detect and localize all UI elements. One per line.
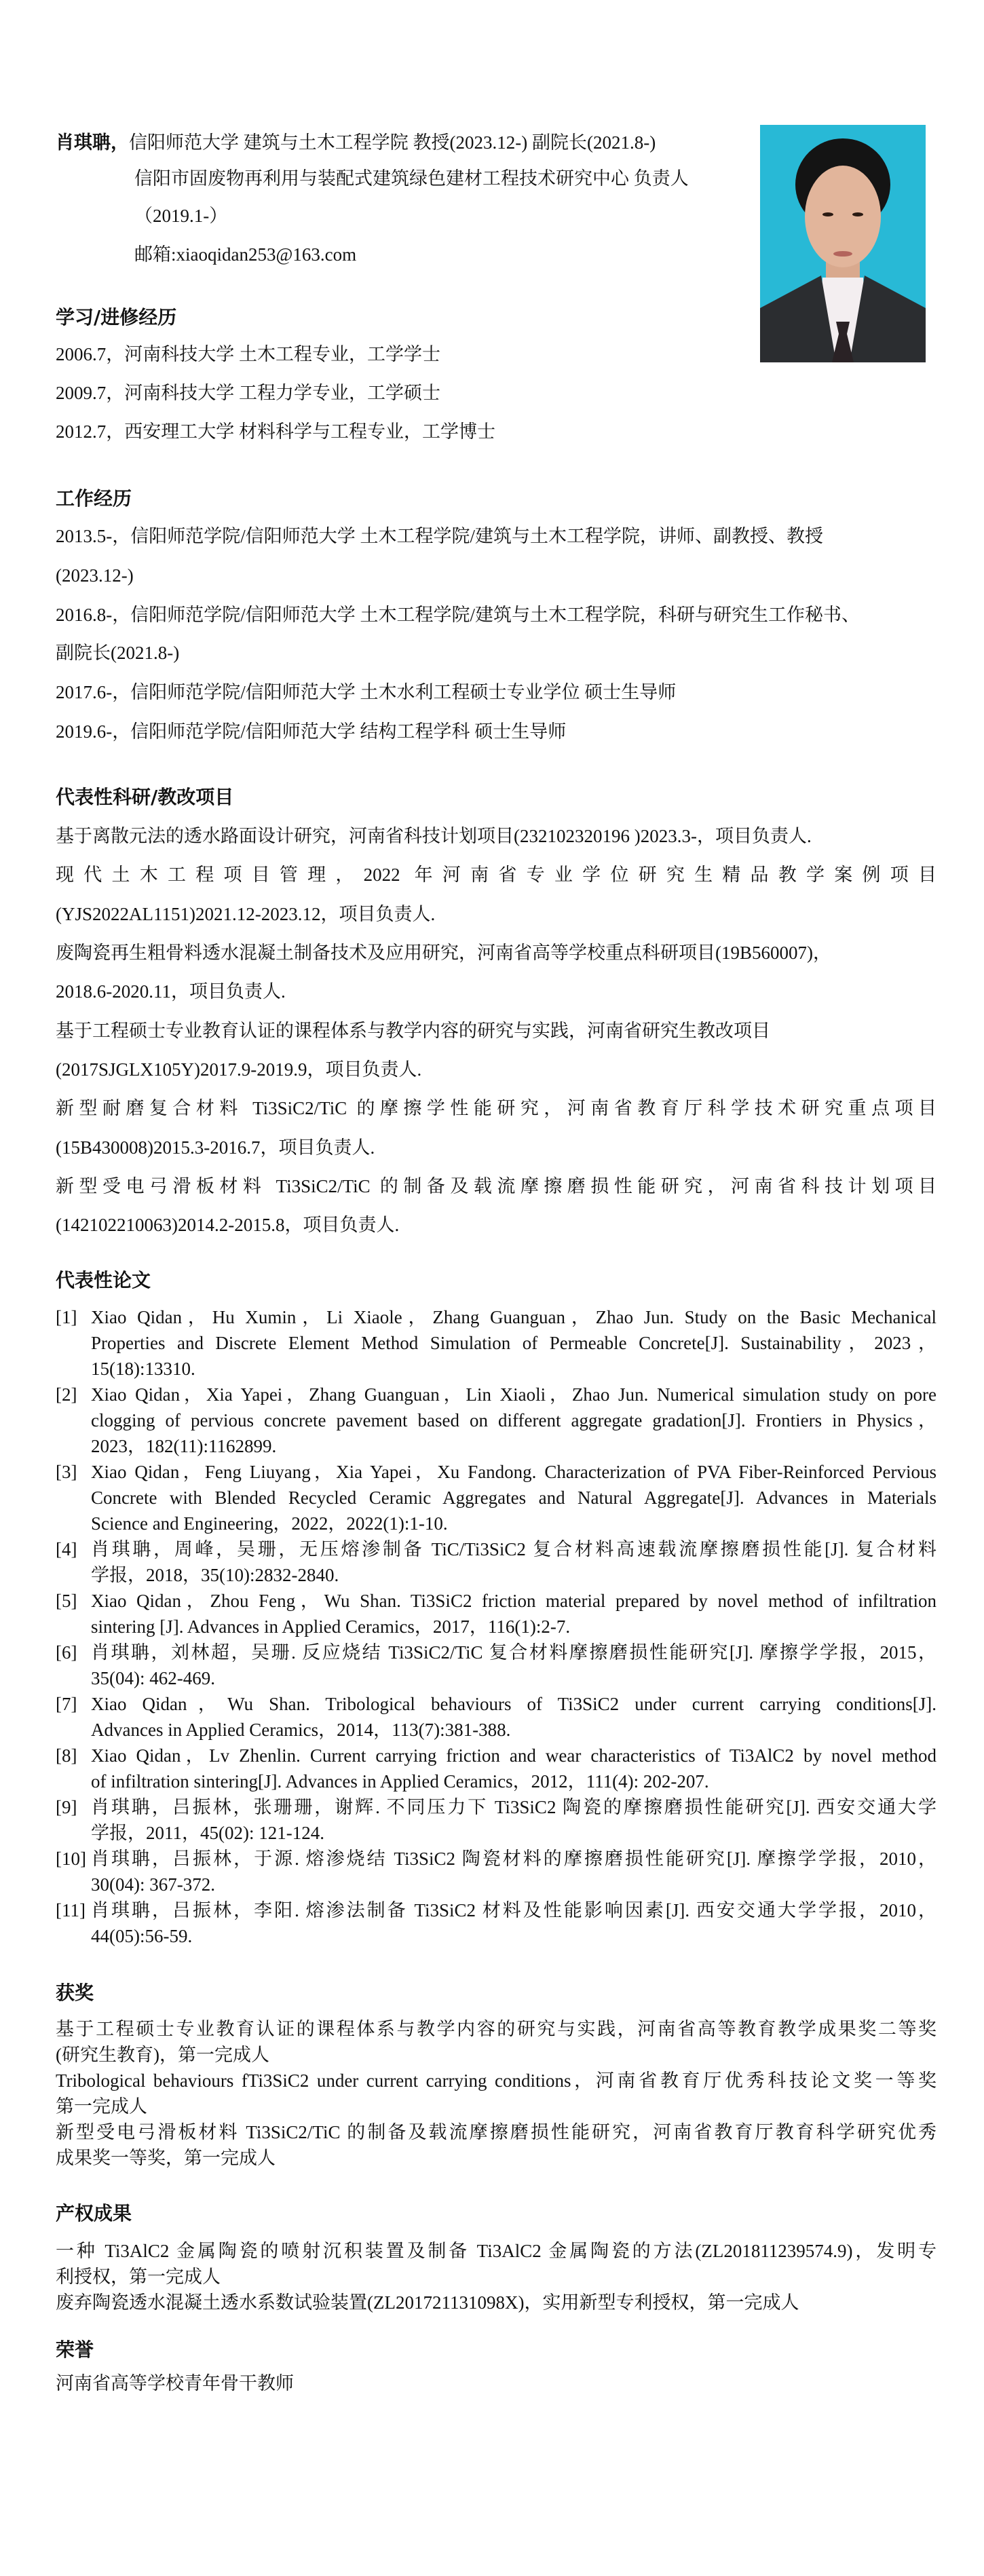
header-line-1: 肖琪聃，信阳师范大学 建筑与土木工程学院 教授(2023.12-) 副院长(20… bbox=[56, 131, 656, 155]
section-title-papers: 代表性论文 bbox=[56, 1269, 151, 1292]
project-line: (YJS2022AL1151)2021.12-2023.12，项目负责人. bbox=[56, 903, 435, 926]
email-label: 邮箱: bbox=[134, 244, 176, 265]
paper-line: of infiltration sintering[J]. Advances i… bbox=[91, 1770, 936, 1793]
email-link[interactable]: xiaoqidan253@163.com bbox=[176, 244, 357, 265]
paper-line: Concrete with Blended Recycled Ceramic A… bbox=[91, 1486, 936, 1509]
paper-number: [9] bbox=[56, 1796, 77, 1819]
paper-line: Advances in Applied Ceramics，2014，113(7)… bbox=[91, 1718, 936, 1741]
person-name: 肖琪聃， bbox=[56, 132, 129, 153]
center-role: 信阳市固废物再利用与装配式建筑绿色建材工程技术研究中心 负责人 bbox=[134, 167, 689, 190]
portrait-photo bbox=[760, 125, 926, 362]
project-line: 2018.6-2020.11，项目负责人. bbox=[56, 980, 286, 1003]
section-title-ip: 产权成果 bbox=[56, 2202, 132, 2225]
affiliation-title: 信阳师范大学 建筑与土木工程学院 教授(2023.12-) 副院长(2021.8… bbox=[129, 132, 656, 153]
award-line: 新型受电弓滑板材料 Ti3SiC2/TiC 的制备及载流摩擦磨损性能研究，河南省… bbox=[56, 2121, 936, 2144]
award-line: (研究生教育)，第一完成人 bbox=[56, 2043, 269, 2066]
paper-line: 30(04): 367-372. bbox=[91, 1873, 936, 1896]
section-title-awards: 获奖 bbox=[56, 1982, 94, 2005]
paper-line: Xiao Qidan，Zhou Feng，Wu Shan. Ti3SiC2 fr… bbox=[91, 1589, 936, 1612]
award-line: 成果奖一等奖，第一完成人 bbox=[56, 2146, 276, 2170]
paper-line: 肖琪聃，吕振林，张珊珊，谢辉. 不同压力下 Ti3SiC2 陶瓷的摩擦磨损性能研… bbox=[91, 1796, 936, 1819]
project-line: 新型受电弓滑板材料 Ti3SiC2/TiC 的制备及载流摩擦磨损性能研究，河南省… bbox=[56, 1175, 936, 1198]
project-line: 基于离散元法的透水路面设计研究，河南省科技计划项目(232102320196 )… bbox=[56, 825, 812, 848]
ip-line: 废弃陶瓷透水混凝土透水系数试验装置(ZL201721131098X)，实用新型专… bbox=[56, 2291, 799, 2314]
work-line: 副院长(2021.8-) bbox=[56, 641, 179, 664]
paper-number: [10] bbox=[56, 1847, 86, 1870]
paper-line: Science and Engineering，2022，2022(1):1-1… bbox=[91, 1512, 936, 1535]
education-item: 2006.7，河南科技大学 土木工程专业，工学学士 bbox=[56, 343, 440, 366]
center-role-date: （2019.1-） bbox=[134, 204, 227, 227]
paper-number: [11] bbox=[56, 1899, 86, 1922]
ip-line: 利授权，第一完成人 bbox=[56, 2265, 221, 2288]
award-line: 基于工程硕士专业教育认证的课程体系与教学内容的研究与实践，河南省高等教育教学成果… bbox=[56, 2018, 936, 2041]
section-title-education: 学习/进修经历 bbox=[56, 306, 176, 329]
work-line: 2016.8-，信阳师范学院/信阳师范大学 土木工程学院/建筑与土木工程学院，科… bbox=[56, 603, 860, 626]
project-line: 新型耐磨复合材料 Ti3SiC2/TiC 的摩擦学性能研究，河南省教育厅科学技术… bbox=[56, 1097, 936, 1120]
project-line: 废陶瓷再生粗骨料透水混凝土制备技术及应用研究，河南省高等学校重点科研项目(19B… bbox=[56, 941, 831, 964]
cv-page: 肖琪聃，信阳师范大学 建筑与土木工程学院 教授(2023.12-) 副院长(20… bbox=[0, 0, 984, 2576]
paper-number: [4] bbox=[56, 1538, 77, 1561]
project-line: 现代土木工程项目管理，2022 年河南省专业学位研究生精品教学案例项目 bbox=[56, 863, 936, 886]
paper-line: Xiao Qidan，Hu Xumin，Li Xiaole，Zhang Guan… bbox=[91, 1306, 936, 1329]
project-line: (2017SJGLX105Y)2017.9-2019.9，项目负责人. bbox=[56, 1058, 421, 1081]
work-line: 2017.6-，信阳师范学院/信阳师范大学 土木水利工程硕士专业学位 硕士生导师 bbox=[56, 681, 676, 704]
paper-line: Xiao Qidan，Xia Yapei，Zhang Guanguan，Lin … bbox=[91, 1383, 936, 1406]
email-line: 邮箱:xiaoqidan253@163.com bbox=[134, 243, 356, 266]
award-line: Tribological behaviours fTi3SiC2 under c… bbox=[56, 2069, 936, 2092]
paper-number: [8] bbox=[56, 1744, 77, 1767]
paper-line: 35(04): 462-469. bbox=[91, 1667, 936, 1690]
paper-line: sintering [J]. Advances in Applied Ceram… bbox=[91, 1615, 936, 1638]
work-line: 2013.5-，信阳师范学院/信阳师范大学 土木工程学院/建筑与土木工程学院，讲… bbox=[56, 525, 823, 548]
paper-line: Xiao Qidan，Feng Liuyang，Xia Yapei，Xu Fan… bbox=[91, 1460, 936, 1483]
award-line: 第一完成人 bbox=[56, 2095, 147, 2118]
work-line: 2019.6-，信阳师范学院/信阳师范大学 结构工程学科 硕士生导师 bbox=[56, 720, 566, 743]
paper-line: 44(05):56-59. bbox=[91, 1925, 936, 1948]
ip-line: 一种 Ti3AlC2 金属陶瓷的喷射沉积装置及制备 Ti3AlC2 金属陶瓷的方… bbox=[56, 2239, 936, 2262]
education-item: 2009.7，河南科技大学 工程力学专业，工学硕士 bbox=[56, 381, 440, 404]
paper-line: Xiao Qidan，Lv Zhenlin. Current carrying … bbox=[91, 1744, 936, 1767]
paper-line: 肖琪聃，吕振林，于源. 熔渗烧结 Ti3SiC2 陶瓷材料的摩擦磨损性能研究[J… bbox=[91, 1847, 936, 1870]
paper-line: Xiao Qidan，Wu Shan. Tribological behavio… bbox=[91, 1692, 936, 1716]
project-line: 基于工程硕士专业教育认证的课程体系与教学内容的研究与实践，河南省研究生教改项目 bbox=[56, 1019, 770, 1042]
paper-line: 肖琪聃，刘林超，吴珊. 反应烧结 Ti3SiC2/TiC 复合材料摩擦磨损性能研… bbox=[91, 1641, 936, 1664]
paper-line: 学报，2018，35(10):2832-2840. bbox=[91, 1564, 936, 1587]
education-item: 2012.7，西安理工大学 材料科学与工程专业，工学博士 bbox=[56, 420, 495, 443]
paper-line: 学报，2011，45(02): 121-124. bbox=[91, 1821, 936, 1844]
paper-number: [7] bbox=[56, 1692, 77, 1716]
paper-line: clogging of pervious concrete pavement b… bbox=[91, 1409, 936, 1432]
paper-line: 肖琪聃，周峰，吴珊，无压熔渗制备 TiC/Ti3SiC2 复合材料高速载流摩擦磨… bbox=[91, 1538, 936, 1561]
section-title-work: 工作经历 bbox=[56, 487, 132, 510]
project-line: (15B430008)2015.3-2016.7，项目负责人. bbox=[56, 1136, 375, 1159]
project-line: (142102210063)2014.2-2015.8，项目负责人. bbox=[56, 1213, 399, 1236]
paper-line: Properties and Discrete Element Method S… bbox=[91, 1331, 936, 1355]
paper-number: [1] bbox=[56, 1306, 77, 1329]
paper-number: [2] bbox=[56, 1383, 77, 1406]
paper-number: [6] bbox=[56, 1641, 77, 1664]
honor-item: 河南省高等学校青年骨干教师 bbox=[56, 2372, 294, 2395]
paper-number: [3] bbox=[56, 1460, 77, 1483]
section-title-honors: 荣誉 bbox=[56, 2338, 94, 2362]
paper-number: [5] bbox=[56, 1589, 77, 1612]
paper-line: 2023，182(11):1162899. bbox=[91, 1435, 936, 1458]
section-title-projects: 代表性科研/教改项目 bbox=[56, 786, 233, 809]
paper-line: 15(18):13310. bbox=[91, 1357, 936, 1380]
portrait-image bbox=[760, 125, 926, 362]
work-line: (2023.12-) bbox=[56, 564, 134, 587]
paper-line: 肖琪聃，吕振林，李阳. 熔渗法制备 Ti3SiC2 材料及性能影响因素[J]. … bbox=[91, 1899, 936, 1922]
